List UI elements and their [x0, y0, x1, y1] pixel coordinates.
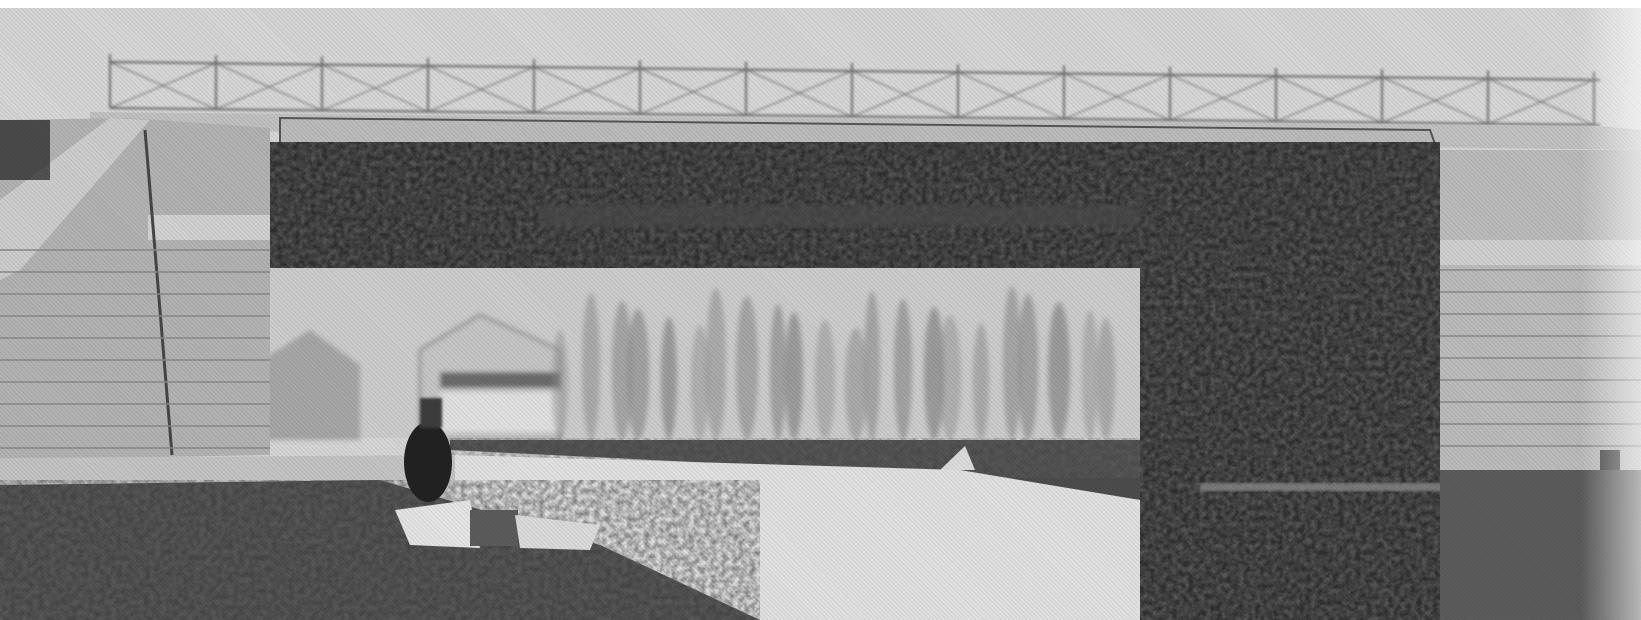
- bridge-photograph: iron girder bridge with lattice railing …: [0, 0, 1641, 620]
- page-edge-fade: [1581, 0, 1641, 620]
- page-margin: [0, 0, 1641, 8]
- scene: [0, 0, 1641, 620]
